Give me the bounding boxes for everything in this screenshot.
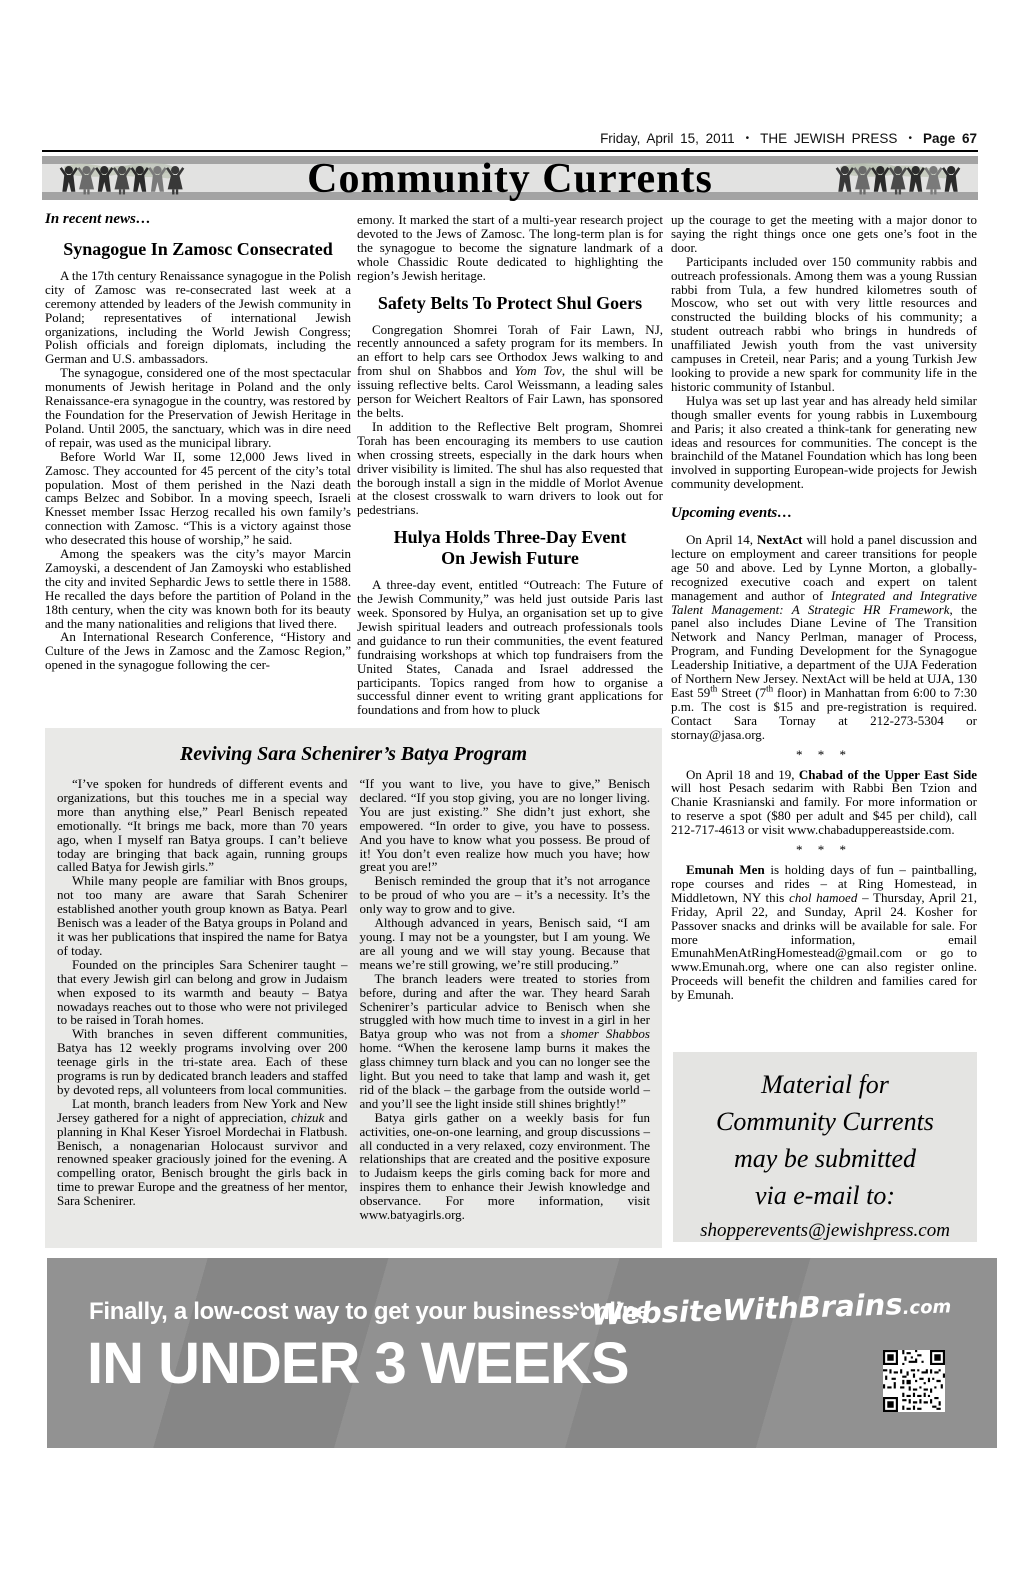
paragraph-chabad: On April 18 and 19, Chabad of the Upper …: [671, 768, 977, 838]
paragraph: Participants included over 150 community…: [671, 255, 977, 394]
paragraph: “If you want to live, you have to give,”…: [360, 777, 651, 874]
submission-line: may be submitted: [673, 1140, 977, 1177]
brand-tld: .com: [902, 1296, 951, 1319]
paragraph: up the courage to get the meeting with a…: [671, 213, 977, 255]
paragraph-emunah: Emunah Men is holding days of fun – pain…: [671, 863, 977, 1002]
paragraph: Although advanced in years, Benisch said…: [360, 916, 651, 972]
advertisement-website-with-brains: Finally, a low-cost way to get your busi…: [47, 1258, 997, 1448]
column-middle: emony. It marked the start of a multi-ye…: [357, 213, 663, 717]
article-headline-zamosc: Synagogue In Zamosc Consecrated: [45, 239, 351, 260]
section-kicker-upcoming: Upcoming events…: [671, 507, 977, 521]
paragraph: emony. It marked the start of a multi-ye…: [357, 213, 663, 283]
sparkle-icon: [568, 1301, 589, 1322]
article-headline-safety-belts: Safety Belts To Protect Shul Goers: [357, 293, 663, 314]
paragraph: A three-day event, entitled “Outreach: T…: [357, 578, 663, 717]
submission-line: Material for: [673, 1066, 977, 1103]
feature-column-left: “I’ve spoken for hundreds of different e…: [57, 777, 348, 1222]
feature-headline: Reviving Sara Schenirer’s Batya Program: [57, 743, 650, 766]
paragraph-nextact: On April 14, NextAct will hold a panel d…: [671, 533, 977, 742]
section-separator: * * *: [671, 748, 977, 762]
section-separator: * * *: [671, 843, 977, 857]
submission-line: Community Currents: [673, 1103, 977, 1140]
bullet-separator: •: [746, 133, 750, 144]
brand-name: WebsiteWithBrains: [590, 1287, 903, 1332]
header-rule: [42, 150, 978, 152]
qr-code: [883, 1350, 945, 1412]
people-chain-icon: [834, 158, 962, 198]
paragraph: A the 17th century Renaissance synagogue…: [45, 269, 351, 366]
publication-name: THE JEWISH PRESS: [760, 131, 897, 146]
bullet-separator: •: [908, 133, 912, 144]
feature-box-batya: Reviving Sara Schenirer’s Batya Program …: [45, 728, 662, 1248]
paragraph: The synagogue, considered one of the mos…: [45, 366, 351, 449]
paragraph: Congregation Shomrei Torah of Fair Lawn,…: [357, 323, 663, 420]
ad-tagline: Finally, a low-cost way to get your busi…: [89, 1298, 649, 1326]
ad-headline: IN UNDER 3 WEEKS: [87, 1330, 629, 1397]
submission-line: via e-mail to:: [673, 1177, 977, 1214]
paragraph: Before World War II, some 12,000 Jews li…: [45, 450, 351, 547]
paragraph: In addition to the Reflective Belt progr…: [357, 420, 663, 517]
paragraph: Lat month, branch leaders from New York …: [57, 1097, 348, 1208]
column-right: up the courage to get the meeting with a…: [671, 213, 977, 1002]
submission-notice-box: Material for Community Currents may be s…: [673, 1052, 977, 1242]
paragraph: With branches in seven different communi…: [57, 1027, 348, 1097]
submission-email: shopperevents@jewishpress.com: [673, 1214, 977, 1248]
column-left: In recent news… Synagogue In Zamosc Cons…: [45, 213, 351, 672]
section-kicker: In recent news…: [45, 213, 351, 227]
page-number: Page 67: [923, 131, 977, 146]
dateline: Friday, April 15, 2011•THE JEWISH PRESS•…: [600, 131, 977, 146]
ad-brand: WebsiteWithBrains.com: [568, 1285, 951, 1332]
paragraph: Founded on the principles Sara Schenirer…: [57, 958, 348, 1028]
article-headline-hulya: Hulya Holds Three-Day Event On Jewish Fu…: [357, 527, 663, 569]
dateline-date: Friday, April 15, 2011: [600, 131, 735, 146]
paragraph: While many people are familiar with Bnos…: [57, 874, 348, 957]
paragraph: The branch leaders were treated to stori…: [360, 972, 651, 1111]
paragraph: “I’ve spoken for hundreds of different e…: [57, 777, 348, 874]
paragraph: Benisch reminded the group that it’s not…: [360, 874, 651, 916]
paragraph: Among the speakers was the city’s mayor …: [45, 547, 351, 630]
section-banner: Community Currents: [42, 156, 978, 200]
paragraph: Batya girls gather on a weekly basis for…: [360, 1111, 651, 1222]
feature-column-right: “If you want to live, you have to give,”…: [360, 777, 651, 1222]
newspaper-page: Friday, April 15, 2011•THE JEWISH PRESS•…: [0, 0, 1020, 1576]
paragraph: An International Research Conference, “H…: [45, 630, 351, 672]
paragraph: Hulya was set up last year and has alrea…: [671, 394, 977, 491]
